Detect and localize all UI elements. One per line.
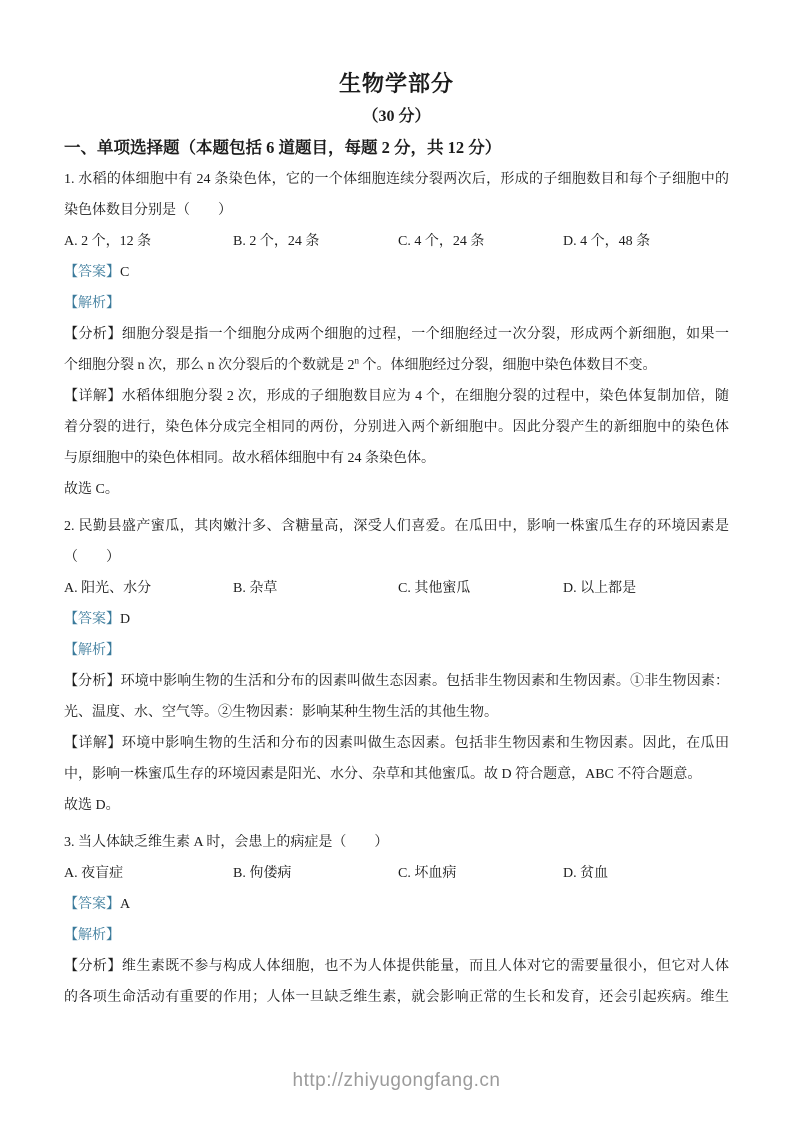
q3-analysis-line-1: 【分析】维生素既不参与构成人体细胞，也不为人体提供能量，而且人体对它的需要量很小… [64, 951, 729, 982]
watermark-url: http://zhiyugongfang.cn [0, 1070, 793, 1092]
q1-option-c: C. 4 个，24 条 [398, 226, 563, 257]
q1-analysis-line-2-pre: 个细胞分裂 n 次，那么 n 次分裂后的个数就是 2 [64, 358, 355, 373]
q3-answer-value: A [120, 897, 130, 912]
section-heading: 一、单项选择题（本题包括 6 道题目，每题 2 分，共 12 分） [64, 132, 729, 164]
page-title: 生物学部分 [64, 70, 729, 98]
q3-option-c: C. 坏血病 [398, 858, 563, 889]
q1-analysis-line-2-post: 个。体细胞经过分裂，细胞中染色体数目不变。 [359, 358, 657, 373]
q3-option-d: D. 贫血 [563, 858, 729, 889]
q1-explain-row: 【解析】 [64, 288, 729, 319]
q1-detail-line-1: 【详解】水稻体细胞分裂 2 次，形成的子细胞数目应为 4 个，在细胞分裂的过程中… [64, 381, 729, 412]
explain-label: 【解析】 [64, 643, 120, 658]
q1-answer-row: 【答案】C [64, 257, 729, 288]
q2-option-c: C. 其他蜜瓜 [398, 573, 563, 604]
page-subtitle: （30 分） [64, 102, 729, 132]
q2-answer-row: 【答案】D [64, 604, 729, 635]
q1-conclusion: 故选 C。 [64, 474, 729, 505]
q2-detail-line-1: 【详解】环境中影响生物的生活和分布的因素叫做生态因素。包括非生物因素和生物因素。… [64, 728, 729, 759]
q1-analysis-line-2: 个细胞分裂 n 次，那么 n 次分裂后的个数就是 2n 个。体细胞经过分裂，细胞… [64, 350, 729, 381]
q2-detail-line-2: 中，影响一株蜜瓜生存的环境因素是阳光、水分、杂草和其他蜜瓜。故 D 符合题意，A… [64, 759, 729, 790]
answer-label: 【答案】 [64, 612, 120, 627]
q2-stem-line-2: （ ） [64, 542, 729, 573]
q2-explain-row: 【解析】 [64, 635, 729, 666]
q1-option-a: A. 2 个，12 条 [64, 226, 233, 257]
q2-stem-line-1: 2. 民勤县盛产蜜瓜，其肉嫩汁多、含糖量高，深受人们喜爱。在瓜田中，影响一株蜜瓜… [64, 511, 729, 542]
q2-option-b: B. 杂草 [233, 573, 398, 604]
q1-stem-line-2: 染色体数目分别是（ ） [64, 195, 729, 226]
q3-option-a: A. 夜盲症 [64, 858, 233, 889]
q2-option-d: D. 以上都是 [563, 573, 729, 604]
answer-label: 【答案】 [64, 897, 120, 912]
q1-options-row: A. 2 个，12 条 B. 2 个，24 条 C. 4 个，24 条 D. 4… [64, 226, 729, 257]
q3-answer-row: 【答案】A [64, 889, 729, 920]
document-page: 生物学部分 （30 分） 一、单项选择题（本题包括 6 道题目，每题 2 分，共… [0, 0, 793, 1122]
q2-analysis-line-2: 光、温度、水、空气等。②生物因素：影响某种生物生活的其他生物。 [64, 697, 729, 728]
q2-answer-value: D [120, 612, 130, 627]
q1-option-b: B. 2 个，24 条 [233, 226, 398, 257]
q2-analysis-line-1: 【分析】环境中影响生物的生活和分布的因素叫做生态因素。包括非生物因素和生物因素。… [64, 666, 729, 697]
q2-options-row: A. 阳光、水分 B. 杂草 C. 其他蜜瓜 D. 以上都是 [64, 573, 729, 604]
q3-explain-row: 【解析】 [64, 920, 729, 951]
q1-answer-value: C [120, 265, 129, 280]
q1-stem-line-1: 1. 水稻的体细胞中有 24 条染色体，它的一个体细胞连续分裂两次后，形成的子细… [64, 164, 729, 195]
q3-options-row: A. 夜盲症 B. 佝偻病 C. 坏血病 D. 贫血 [64, 858, 729, 889]
answer-label: 【答案】 [64, 265, 120, 280]
q1-detail-line-3: 与原细胞中的染色体相同。故水稻体细胞中有 24 条染色体。 [64, 443, 729, 474]
explain-label: 【解析】 [64, 928, 120, 943]
q3-stem-line-1: 3. 当人体缺乏维生素 A 时，会患上的病症是（ ） [64, 827, 729, 858]
q2-conclusion: 故选 D。 [64, 790, 729, 821]
q2-option-a: A. 阳光、水分 [64, 573, 233, 604]
q3-analysis-line-2: 的各项生命活动有重要的作用；人体一旦缺乏维生素，就会影响正常的生长和发育，还会引… [64, 982, 729, 1013]
explain-label: 【解析】 [64, 296, 120, 311]
q3-option-b: B. 佝偻病 [233, 858, 398, 889]
q1-analysis-line-1: 【分析】细胞分裂是指一个细胞分成两个细胞的过程，一个细胞经过一次分裂，形成两个新… [64, 319, 729, 350]
q1-option-d: D. 4 个，48 条 [563, 226, 729, 257]
q1-detail-line-2: 着分裂的进行，染色体分成完全相同的两份，分别进入两个新细胞中。因此分裂产生的新细… [64, 412, 729, 443]
